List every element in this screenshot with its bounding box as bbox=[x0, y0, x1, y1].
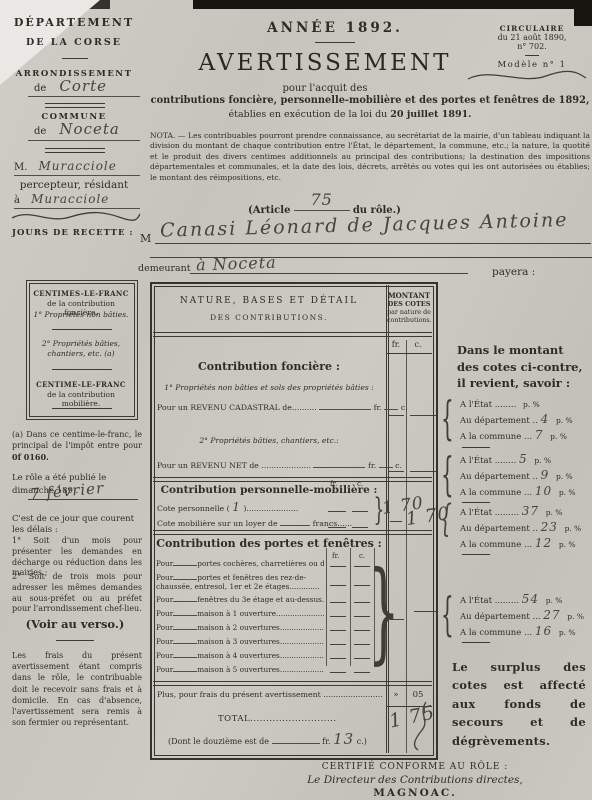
repartition-label: Au département .. bbox=[460, 524, 538, 534]
portes-row-label: maison à 2 ouvertures...................… bbox=[197, 623, 324, 632]
arrondissement-line: de Corte bbox=[28, 76, 140, 97]
group-brace: { bbox=[441, 592, 454, 638]
centimes-box-line-3: 1° Propriétés non bâties. bbox=[31, 310, 131, 319]
avertissement-title: AVERTISSEMENT bbox=[195, 50, 455, 76]
centimes-box-line-7: de la contribution mobilière. bbox=[31, 390, 131, 408]
flourish-squiggle bbox=[10, 210, 142, 224]
unit-label: p. % bbox=[565, 524, 582, 533]
header-loi-line: établies en exécution de la loi du 20 ju… bbox=[180, 109, 520, 120]
delai-2: 2° Soit de trois mois pour adresser les … bbox=[12, 572, 142, 615]
divider bbox=[52, 329, 112, 330]
mini-blank bbox=[330, 629, 346, 631]
mini-blank bbox=[330, 643, 346, 645]
cote-mobiliere-row: Cote mobilière sur un loyer de francs...… bbox=[157, 516, 327, 528]
repartition-label: A l'État ......... bbox=[460, 508, 519, 518]
cote-personnelle-label: Cote personnelle ( bbox=[157, 504, 230, 513]
mini-blank bbox=[328, 510, 346, 512]
header-subtitle: pour l'acquit des bbox=[250, 83, 400, 94]
douzieme-fr: fr. bbox=[322, 737, 330, 746]
cote-personnelle-handwritten: 1 bbox=[232, 500, 241, 514]
scan-artifact-top-right bbox=[574, 0, 592, 26]
unit-label: p. % bbox=[534, 456, 551, 465]
repartition-row: Au département .. 23 p. % bbox=[460, 520, 590, 534]
centimes-box: CENTIMES-LE-FRANC de la contribution fon… bbox=[26, 280, 138, 420]
surplus-note: Le surplus des cotes est affecté aux fon… bbox=[452, 658, 586, 750]
taxpayer-name-handwritten: Canasi Léonard de Jacques Antoine bbox=[160, 208, 590, 241]
repartition-value-handwritten: 5 bbox=[519, 452, 528, 466]
table-col2-line2: DES COTES bbox=[387, 300, 431, 308]
link-dash bbox=[418, 470, 436, 472]
group-brace: { bbox=[441, 396, 454, 442]
scanned-document: DÉPARTEMENT DE LA CORSE ARRONDISSEMENT d… bbox=[0, 0, 592, 800]
mini-blank bbox=[328, 526, 346, 528]
count-blank bbox=[173, 648, 197, 658]
link-dash bbox=[390, 520, 402, 522]
loi-line-date: 20 juillet 1891. bbox=[390, 109, 471, 120]
unit-label: p. % bbox=[550, 432, 567, 441]
centimes-box-title-1: CENTIMES-LE-FRANC bbox=[31, 289, 131, 298]
circulaire-numero: n° 702. bbox=[478, 42, 586, 51]
repartition-label: Au département .. bbox=[460, 416, 538, 426]
centimes-blank bbox=[379, 458, 393, 468]
pour-label: Pour bbox=[156, 637, 173, 646]
payera-label: payera : bbox=[492, 266, 535, 278]
link-dash bbox=[418, 414, 436, 416]
fr-label: fr. bbox=[374, 403, 382, 412]
commune-handwritten: Noceta bbox=[59, 120, 119, 138]
pour-label: Pour bbox=[156, 573, 173, 582]
article-number-line: 75 bbox=[294, 198, 350, 211]
portes-row-label: maison à 5 ouvertures...................… bbox=[197, 665, 324, 674]
revenu-cadastral-blank bbox=[319, 400, 371, 410]
pour-label: Pour bbox=[156, 665, 173, 674]
amount-blank bbox=[389, 414, 404, 416]
frais-note: Les frais du présent avertissement étant… bbox=[12, 650, 142, 728]
repartition-value-handwritten: 12 bbox=[535, 536, 552, 550]
divider bbox=[525, 55, 539, 56]
percepteur-name-line: M. Muracciole bbox=[14, 155, 140, 176]
pour-label: Pour bbox=[156, 609, 173, 618]
repartition-intro: Dans le montant des cotes ci-contre, il … bbox=[457, 342, 585, 392]
units-c: c. bbox=[408, 340, 428, 349]
repartition-row: A la commune ... 7 p. % bbox=[460, 428, 590, 442]
mini-blank bbox=[330, 657, 346, 659]
percepteur-name-handwritten: Muracciole bbox=[39, 159, 117, 173]
loyer-blank bbox=[280, 516, 310, 526]
repartition-label: A la commune ... bbox=[460, 432, 532, 442]
mini-blank bbox=[330, 601, 346, 603]
jours-de-recette-label: JOURS DE RECETTE : bbox=[12, 228, 146, 238]
revenu-net-label: Pour un REVENU NET de ..................… bbox=[157, 461, 311, 470]
residence-line: à Muracciole bbox=[14, 188, 140, 209]
name-line bbox=[155, 242, 591, 244]
arrondissement-handwritten: Corte bbox=[59, 77, 107, 95]
group-rule bbox=[462, 554, 490, 555]
fonciere-sub1: 1° Propriétés non bâties et sols des pro… bbox=[155, 383, 383, 392]
repartition-row: Au département .. 4 p. % bbox=[460, 412, 590, 426]
table-col2-line4: contributions. bbox=[387, 317, 431, 324]
repartition-row: A l'État ......... 54 p. % bbox=[460, 592, 590, 606]
repartition-value-handwritten: 4 bbox=[541, 412, 550, 426]
repartition-value-handwritten: 27 bbox=[543, 608, 560, 622]
header-contributions-line: contributions foncière, personnelle-mobi… bbox=[148, 95, 592, 106]
portes-brace: } bbox=[368, 556, 400, 666]
voir-au-verso: (Voir au verso.) bbox=[8, 617, 142, 631]
divider bbox=[62, 58, 88, 59]
section-rule bbox=[153, 530, 432, 535]
pour-label: Pour bbox=[156, 595, 173, 604]
revenu-net-row: Pour un REVENU NET de ..................… bbox=[157, 458, 383, 470]
douzieme-line: (Dont le douzième est de fr. 13 c.) bbox=[168, 730, 408, 748]
repartition-row: A la commune ... 16 p. % bbox=[460, 624, 590, 638]
certifie-line: CERTIFIÉ CONFORME AU RÔLE : bbox=[250, 762, 580, 772]
frais-fr-value: » bbox=[387, 690, 405, 700]
repartition-label: A la commune ... bbox=[460, 488, 532, 498]
departement-value: DE LA CORSE bbox=[8, 37, 140, 48]
modele-flourish bbox=[466, 70, 588, 84]
modele-label: Modèle n° 1 bbox=[478, 60, 586, 70]
unit-label: p. % bbox=[523, 400, 540, 409]
douzieme-blank bbox=[272, 734, 320, 744]
count-blank bbox=[173, 592, 197, 602]
count-blank bbox=[173, 570, 197, 580]
mini-blank bbox=[330, 615, 346, 617]
unit-label: p. % bbox=[556, 472, 573, 481]
repartition-label: A l'État ........ bbox=[460, 456, 516, 466]
repartition-value-handwritten: 37 bbox=[522, 504, 539, 518]
divider bbox=[52, 408, 112, 409]
table-col1-subtitle: DES CONTRIBUTIONS. bbox=[152, 313, 386, 322]
fonciere-sub2: 2° Propriétés bâties, chantiers, etc.: bbox=[155, 436, 383, 445]
frais-row-label: Plus, pour frais du présent avertissemen… bbox=[157, 690, 383, 699]
mini-fr-label: fr. bbox=[332, 552, 339, 560]
unit-label: p. % bbox=[567, 612, 584, 621]
unit-label: p. % bbox=[546, 596, 563, 605]
repartition-value-handwritten: 54 bbox=[522, 592, 539, 606]
repartition-value-handwritten: 10 bbox=[535, 484, 552, 498]
divider bbox=[315, 42, 355, 43]
portes-row: Pourportes et fenêtres des rez-de-chauss… bbox=[156, 570, 324, 591]
repartition-row: Au département ... 27 p. % bbox=[460, 608, 590, 622]
note-a-text: (a) Dans ce centime-le-franc, le princip… bbox=[12, 430, 142, 450]
group-brace: { bbox=[441, 452, 454, 498]
mini-blank bbox=[352, 510, 368, 512]
repartition-value-handwritten: 23 bbox=[541, 520, 558, 534]
repartition-label: A la commune ... bbox=[460, 628, 532, 638]
unit-label: p. % bbox=[559, 628, 576, 637]
douzieme-handwritten: 13 bbox=[333, 730, 354, 748]
unit-label: p. % bbox=[546, 508, 563, 517]
annee-title: ANNÉE 1892. bbox=[245, 20, 425, 36]
revenu-cadastral-row: Pour un REVENU CADASTRAL de.......... fr… bbox=[157, 400, 383, 412]
revenu-net-blank bbox=[313, 458, 365, 468]
m-label: M. bbox=[14, 162, 27, 173]
departement-label: DÉPARTEMENT bbox=[8, 16, 140, 29]
signature-magnoac: MAGNOAC. bbox=[250, 787, 580, 799]
count-blank bbox=[173, 556, 197, 566]
repartition-row: A l'État ......... 37 p. % bbox=[460, 504, 590, 518]
total-label: TOTAL........................... bbox=[218, 714, 337, 724]
cote-personnelle-row: Cote personnelle ( 1 )..................… bbox=[157, 500, 327, 514]
a-label: à bbox=[14, 195, 20, 206]
centimes-blank bbox=[384, 400, 398, 410]
repartition-label: A l'État ......... bbox=[460, 596, 519, 606]
portes-row: Pourmaison à 5 ouvertures...............… bbox=[156, 662, 324, 674]
unit-label: p. % bbox=[559, 488, 576, 497]
repartition-value-handwritten: 7 bbox=[535, 428, 544, 442]
total-flourish bbox=[408, 700, 432, 752]
amount-blank bbox=[389, 470, 404, 472]
mini-blank bbox=[330, 671, 346, 673]
count-blank bbox=[173, 606, 197, 616]
article-label: (Article bbox=[248, 205, 290, 216]
portes-row: Pourmaison à 4 ouvertures...............… bbox=[156, 648, 324, 660]
pour-label: Pour bbox=[156, 623, 173, 632]
table-col2-line3: par nature de bbox=[387, 309, 431, 316]
m-label: M bbox=[140, 232, 151, 245]
residence-line bbox=[190, 272, 468, 274]
divider bbox=[56, 640, 94, 641]
repartition-row: Au département .. 9 p. % bbox=[460, 468, 590, 482]
fr-c-divider bbox=[406, 340, 407, 753]
repartition-row: A la commune ... 12 p. % bbox=[460, 536, 590, 550]
cote-personnelle-dots: )..................... bbox=[243, 504, 298, 513]
note-a-value: 0f 0160. bbox=[12, 452, 49, 462]
mini-blank bbox=[352, 526, 368, 528]
article-number-handwritten: 75 bbox=[310, 190, 332, 209]
douzieme-pre: (Dont le douzième est de bbox=[168, 737, 269, 746]
count-blank bbox=[173, 662, 197, 672]
units-rule bbox=[387, 353, 432, 354]
centimes-box-line-5: chantiers, etc. (a) bbox=[31, 349, 131, 358]
group-rule bbox=[462, 642, 490, 643]
mini-col-line bbox=[350, 548, 351, 666]
repartition-row: A la commune ... 10 p. % bbox=[460, 484, 590, 498]
pour-label: Pour bbox=[156, 651, 173, 660]
portes-row: Pourfenêtres du 3e étage et au-dessus...… bbox=[156, 592, 324, 604]
portes-row: Pourportes cochères, charretières ou de … bbox=[156, 556, 324, 568]
centimes-box-line-4: 2° Propriétés bâties, bbox=[31, 339, 131, 348]
douzieme-post: c.) bbox=[357, 737, 367, 746]
circulaire-date: du 21 août 1890, bbox=[478, 33, 586, 42]
mini-c-label: c. bbox=[359, 552, 365, 560]
mini-blank bbox=[330, 584, 346, 586]
repartition-row: A l'État ........ p. % bbox=[460, 396, 590, 410]
unit-label: p. % bbox=[559, 540, 576, 549]
divider bbox=[52, 369, 112, 370]
note-a: (a) Dans ce centime-le-franc, le princip… bbox=[12, 430, 142, 463]
nota-paragraph: NOTA. — Les contribuables pourront prend… bbox=[150, 131, 590, 183]
circulaire-title: CIRCULAIRE bbox=[478, 24, 586, 33]
fonciere-title: Contribution foncière : bbox=[152, 360, 386, 373]
portes-row-label: maison à 4 ouvertures...................… bbox=[197, 651, 324, 660]
section-rule bbox=[153, 477, 432, 482]
table-header-rule bbox=[153, 332, 432, 337]
portes-row: Pourmaison à 2 ouvertures...............… bbox=[156, 620, 324, 632]
centimes-box-title-6: CENTIME-LE-FRANC bbox=[31, 380, 131, 389]
portes-row-label: portes cochères, charretières ou de maga… bbox=[197, 559, 324, 568]
fr-label: fr. bbox=[368, 461, 376, 470]
table-col1-title: NATURE, BASES ET DÉTAIL bbox=[152, 296, 386, 306]
link-dash bbox=[414, 610, 436, 612]
section-rule bbox=[153, 681, 432, 686]
repartition-label: A l'État ........ bbox=[460, 400, 516, 410]
revenu-cadastral-label: Pour un REVENU CADASTRAL de.......... bbox=[157, 403, 317, 412]
scan-artifact-top-bar bbox=[193, 0, 592, 9]
repartition-label: A la commune ... bbox=[460, 540, 532, 550]
divider bbox=[45, 148, 105, 153]
units-fr: fr. bbox=[387, 340, 405, 349]
table-col2-line1: MONTANT bbox=[387, 291, 431, 300]
repartition-value-handwritten: 16 bbox=[535, 624, 552, 638]
group-rule bbox=[462, 502, 490, 503]
unit-label: p. % bbox=[556, 416, 573, 425]
divider bbox=[45, 103, 105, 108]
role-date-line bbox=[28, 498, 138, 500]
pour-label: Pour bbox=[156, 559, 173, 568]
portes-row: Pourmaison à 3 ouvertures...............… bbox=[156, 634, 324, 646]
group-rule bbox=[462, 447, 490, 448]
amount-blank bbox=[390, 618, 404, 620]
c-label: c. bbox=[401, 403, 408, 412]
commune-line: de Noceta bbox=[28, 119, 140, 141]
residence-handwritten: Muracciole bbox=[31, 192, 109, 206]
repartition-label: Au département ... bbox=[460, 612, 541, 622]
portes-row-label: maison à 3 ouvertures...................… bbox=[197, 637, 324, 646]
portes-row-label: maison à 1 ouverture....................… bbox=[197, 609, 324, 618]
mini-c-label: c. bbox=[357, 480, 363, 488]
count-blank bbox=[173, 620, 197, 630]
de-label: de bbox=[34, 83, 46, 94]
delais-intro: C'est de ce jour que courent les délais … bbox=[12, 514, 142, 537]
portes-row: Pourmaison à 1 ouverture................… bbox=[156, 606, 324, 618]
frais-c-value: 05 bbox=[408, 690, 428, 700]
repartition-label: Au département .. bbox=[460, 472, 538, 482]
mini-col-line bbox=[326, 548, 327, 666]
portes-row-label: fenêtres du 3e étage et au-dessus.......… bbox=[197, 595, 324, 604]
directeur-line: Le Directeur des Contributions directes, bbox=[250, 774, 580, 786]
de-label: de bbox=[34, 126, 46, 137]
loi-line-text: établies en exécution de la loi du bbox=[229, 109, 391, 120]
mini-blank bbox=[330, 565, 346, 567]
mini-fr-label: fr. bbox=[330, 480, 337, 488]
count-blank bbox=[173, 634, 197, 644]
repartition-row: A l'État ........ 5 p. % bbox=[460, 452, 590, 466]
cote-mobiliere-label: Cote mobilière sur un loyer de bbox=[157, 519, 278, 528]
demeurant-label: demeurant bbox=[138, 263, 191, 274]
repartition-value-handwritten: 9 bbox=[541, 468, 550, 482]
group3-brace-handwritten: { bbox=[440, 500, 452, 537]
c-label: c. bbox=[395, 461, 402, 470]
personnelle-title: Contribution personnelle-mobilière : bbox=[152, 484, 386, 496]
